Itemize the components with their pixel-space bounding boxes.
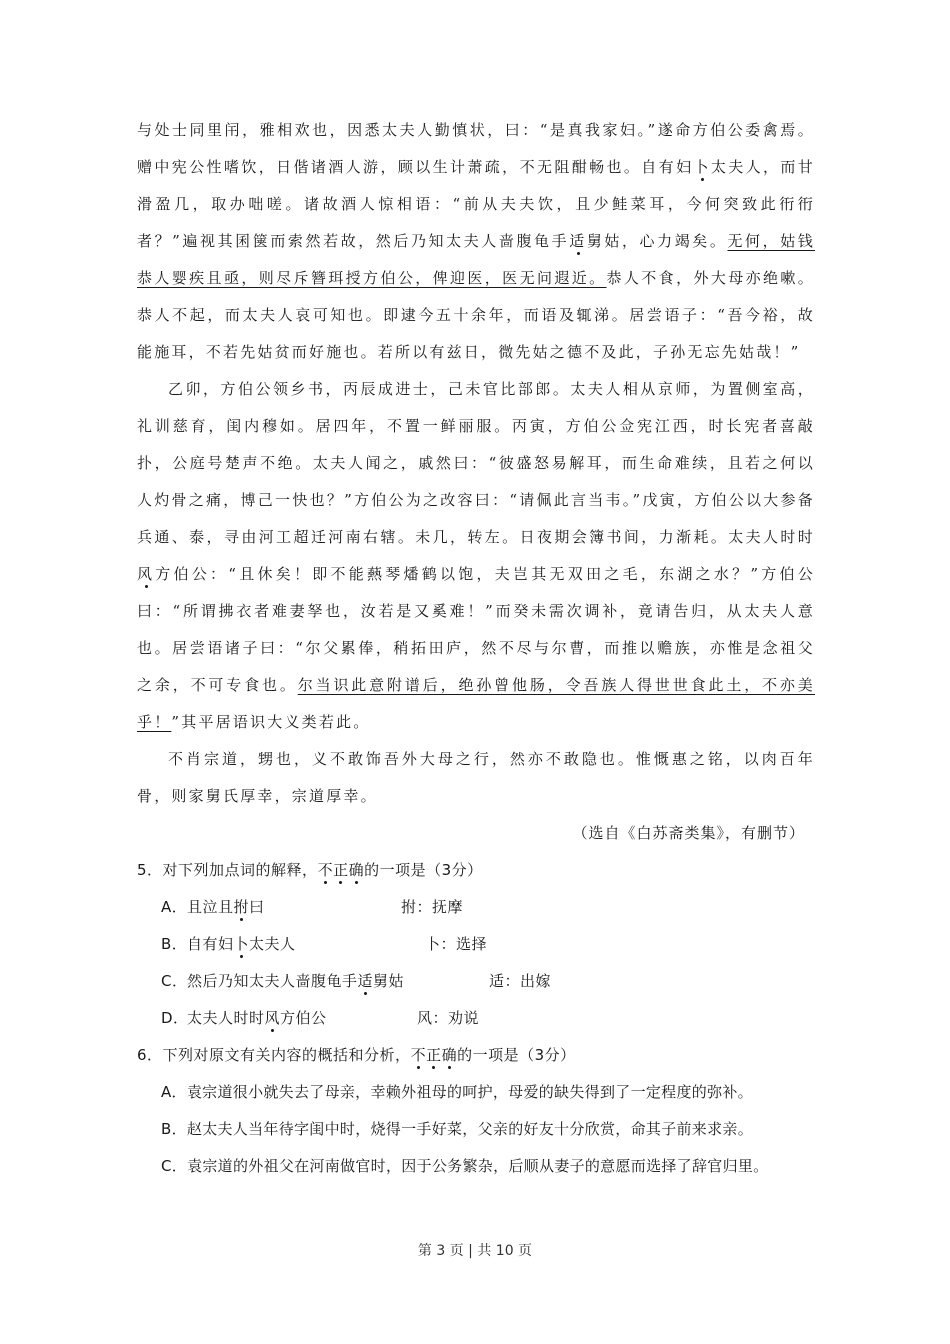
question-6: 6．下列对原文有关内容的概括和分析，不正确的一项是（3分） A．袁宗道很小就失去…	[137, 1037, 815, 1185]
dotted-char: 不	[411, 1046, 427, 1064]
option-b[interactable]: B．自有妇卜太夫人卜：选择	[137, 926, 815, 963]
dotted-char: 拊	[234, 898, 250, 916]
passage-paragraph-3: 不肖宗道，甥也，义不敢饰吾外大母之行，然亦不敢隐也。惟慨惠之铭，以肉百年骨，则家…	[137, 741, 815, 815]
question-number: 6．	[137, 1046, 163, 1064]
option-letter: B．	[161, 1120, 187, 1138]
option-text: 袁宗道很小就失去了母亲，幸赖外祖母的呵护，母爱的缺失得到了一定程度的弥补。	[187, 1083, 753, 1101]
text-span: ”其平居语识大义类若此。	[171, 713, 370, 731]
dotted-char: 正	[333, 861, 349, 879]
source-citation: （选自《白苏斋类集》，有删节）	[137, 815, 815, 852]
dotted-char: 确	[349, 861, 365, 879]
option-d[interactable]: D．太夫人时时风方伯公风：劝说	[137, 1000, 815, 1037]
dotted-char: 风	[137, 565, 155, 583]
dotted-char: 确	[442, 1046, 458, 1064]
dotted-char: 正	[426, 1046, 442, 1064]
dotted-char: 卜	[234, 935, 250, 953]
question-number: 5．	[137, 861, 163, 879]
dotted-char: 卜	[693, 158, 710, 176]
text-span: 的一项是（3分）	[457, 1046, 576, 1064]
option-c[interactable]: C．袁宗道的外祖父在河南做官时，因于公务繁杂，后顺从妻子的意愿而选择了辞官归里。	[137, 1148, 815, 1185]
option-gloss: 适：出嫁	[489, 963, 551, 1000]
option-c[interactable]: C．然后乃知太夫人啬腹龟手适舅姑适：出嫁	[137, 963, 815, 1000]
dotted-char: 适	[358, 972, 374, 990]
text-span: 对下列加点词的解释，	[163, 861, 318, 879]
option-gloss: 拊：抚摩	[401, 889, 463, 926]
text-span: 舅姑	[373, 972, 404, 990]
option-gloss: 风：劝说	[417, 1000, 479, 1037]
option-a[interactable]: A．且泣且拊曰拊：抚摩	[137, 889, 815, 926]
text-span: 的一项是（3分）	[364, 861, 483, 879]
text-span: 太夫人	[249, 935, 296, 953]
option-letter: C．	[161, 963, 187, 1000]
dotted-char: 不	[318, 861, 334, 879]
text-span: 曰	[249, 898, 265, 916]
option-gloss: 卜：选择	[425, 926, 487, 963]
text-span: 下列对原文有关内容的概括和分析，	[163, 1046, 411, 1064]
option-letter: A．	[161, 1083, 187, 1101]
passage-paragraph-1: 与处士同里闬，雅相欢也，因悉太夫人勤慎状，曰：“是真我家妇。”遂命方伯公委禽焉。…	[137, 112, 815, 371]
question-stem: 6．下列对原文有关内容的概括和分析，不正确的一项是（3分）	[137, 1037, 815, 1074]
passage-paragraph-2: 乙卯，方伯公领乡书，丙辰成进士，己未官比部郎。太夫人相从京师，为置侧室高，礼训慈…	[137, 371, 815, 741]
dotted-char: 风	[265, 1009, 281, 1027]
option-text: 袁宗道的外祖父在河南做官时，因于公务繁杂，后顺从妻子的意愿而选择了辞官归里。	[187, 1157, 768, 1175]
option-letter: A．	[161, 889, 187, 926]
text-span: 太夫人时时	[187, 1009, 265, 1027]
dotted-char: 适	[569, 232, 587, 250]
question-stem: 5．对下列加点词的解释，不正确的一项是（3分）	[137, 852, 815, 889]
page-footer: 第 3 页 | 共 10 页	[0, 1240, 950, 1260]
text-span: 然后乃知太夫人啬腹龟手	[187, 972, 358, 990]
option-a[interactable]: A．袁宗道很小就失去了母亲，幸赖外祖母的呵护，母爱的缺失得到了一定程度的弥补。	[137, 1074, 815, 1111]
text-span: 且泣且	[187, 898, 234, 916]
option-text: 赵太夫人当年待字闺中时，烧得一手好菜，父亲的好友十分欣赏，命其子前来求亲。	[187, 1120, 753, 1138]
option-letter: B．	[161, 926, 187, 963]
text-span: 自有妇	[187, 935, 234, 953]
text-span: 方伯公：“且休矣！即不能爇琴燔鹤以饱，夫岂其无双田之毛，东湖之水？”方伯公曰：“…	[137, 565, 815, 694]
option-letter: D．	[161, 1000, 187, 1037]
option-b[interactable]: B．赵太夫人当年待字闺中时，烧得一手好菜，父亲的好友十分欣赏，命其子前来求亲。	[137, 1111, 815, 1148]
text-span: 舅姑，心力竭矣。	[587, 232, 728, 250]
text-span: 方伯公	[280, 1009, 327, 1027]
document-page: 与处士同里闬，雅相欢也，因悉太夫人勤慎状，曰：“是真我家妇。”遂命方伯公委禽焉。…	[137, 112, 815, 1185]
text-span: 乙卯，方伯公领乡书，丙辰成进士，己未官比部郎。太夫人相从京师，为置侧室高，礼训慈…	[137, 380, 815, 546]
option-letter: C．	[161, 1157, 187, 1175]
question-5: 5．对下列加点词的解释，不正确的一项是（3分） A．且泣且拊曰拊：抚摩 B．自有…	[137, 852, 815, 1037]
